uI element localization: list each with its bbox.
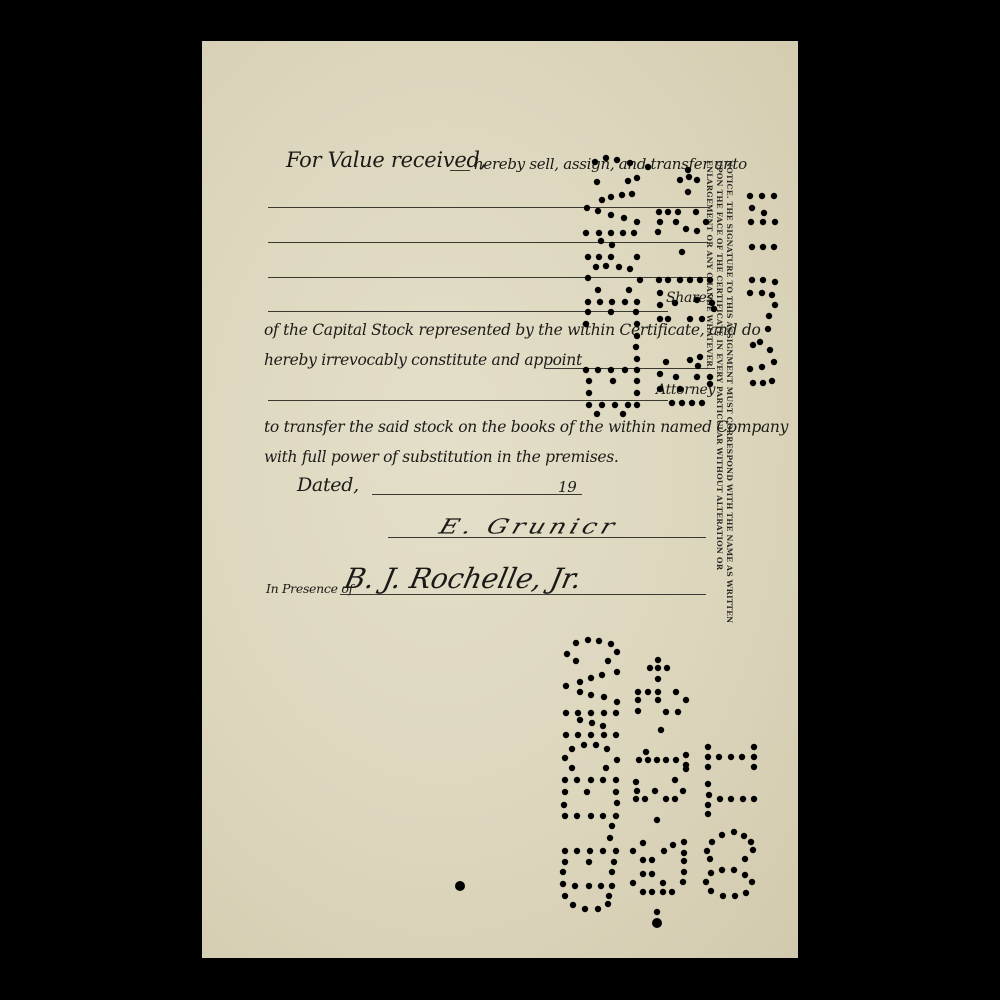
- appoint-line: [545, 368, 715, 369]
- signature-notice: Notice. The signature to this assignment…: [712, 160, 736, 630]
- for-value-text: For Value received,: [286, 148, 486, 172]
- dated-label: Dated,: [297, 474, 359, 496]
- shares-line: [268, 311, 668, 312]
- hereby-appoint-text: hereby irrevocably constitute and appoin…: [264, 351, 582, 369]
- signature-notice-text: Notice. The signature to this assignment…: [704, 160, 734, 630]
- attorney-line: [268, 400, 668, 401]
- assignor-name-line: [450, 170, 470, 171]
- capital-stock-text: of the Capital Stock represented by the …: [264, 321, 761, 339]
- assignee-line-1: [268, 207, 708, 208]
- assignor-signature: E. Grunicr: [436, 515, 621, 539]
- witness-signature: B. J. Rochelle, Jr.: [341, 562, 584, 595]
- year-prefix: 19: [558, 478, 577, 496]
- assignee-line-3: [268, 277, 708, 278]
- full-power-text: with full power of substitution in the p…: [264, 448, 619, 466]
- assignee-line-2: [268, 242, 708, 243]
- date-line: [372, 494, 582, 495]
